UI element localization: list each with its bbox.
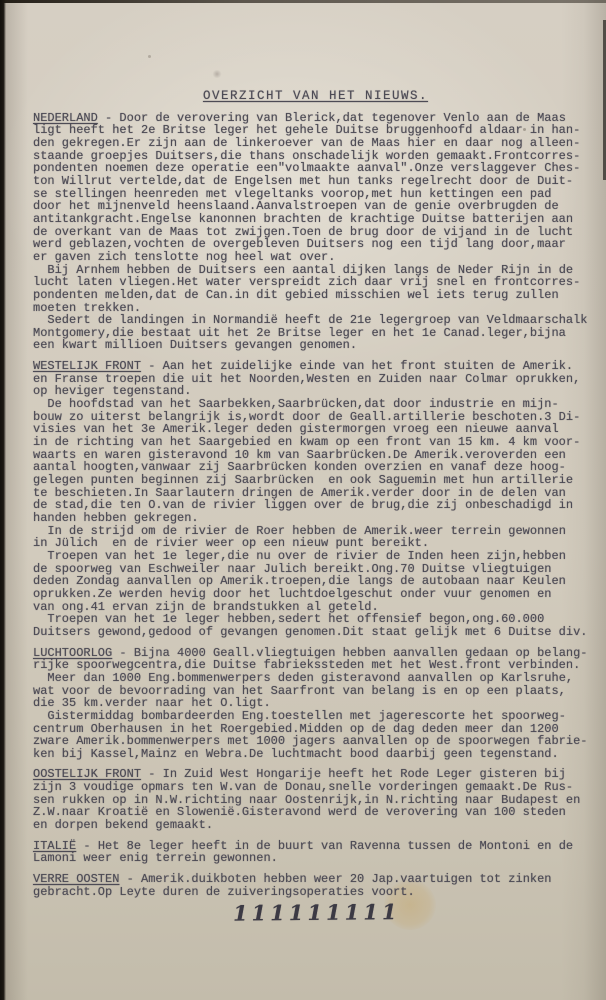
section-verre-oosten: VERRE OOSTEN - Amerik.duikboten hebben w… (33, 873, 598, 898)
section-text-nederland: - Door de verovering van Blerick,dat teg… (33, 111, 588, 353)
section-text-italie: - Het 8e leger heeft in de buurt van Rav… (33, 839, 573, 866)
section-text-westelijk-front: - Aan het zuidelijke einde van het front… (33, 359, 588, 639)
scan-edge-left (0, 0, 6, 1000)
typed-ones-decoration: 111111111 (233, 905, 598, 921)
document-body: OVERZICHT VAN HET NIEUWS. NEDERLAND - Do… (33, 90, 598, 919)
scanned-document-page: OVERZICHT VAN HET NIEUWS. NEDERLAND - Do… (0, 0, 606, 1000)
section-luchtoorlog: LUCHTOORLOG - Bijna 4000 Geall.vliegtuig… (33, 647, 598, 761)
page-title: OVERZICHT VAN HET NIEUWS. (33, 90, 598, 103)
section-text-luchtoorlog: - Bijna 4000 Geall.vliegtuigen hebben aa… (33, 646, 588, 761)
section-oostelijk-front: OOSTELIJK FRONT - In Zuid West Hongarije… (33, 768, 598, 831)
section-nederland: NEDERLAND - Door de verovering van Bleri… (33, 112, 598, 352)
ink-smudge (212, 70, 222, 78)
scan-edge-top (0, 0, 606, 3)
section-westelijk-front: WESTELIJK FRONT - Aan het zuidelijke ein… (33, 360, 598, 638)
paper-speck (148, 55, 151, 58)
section-italie: ITALIË - Het 8e leger heeft in de buurt … (33, 840, 598, 865)
